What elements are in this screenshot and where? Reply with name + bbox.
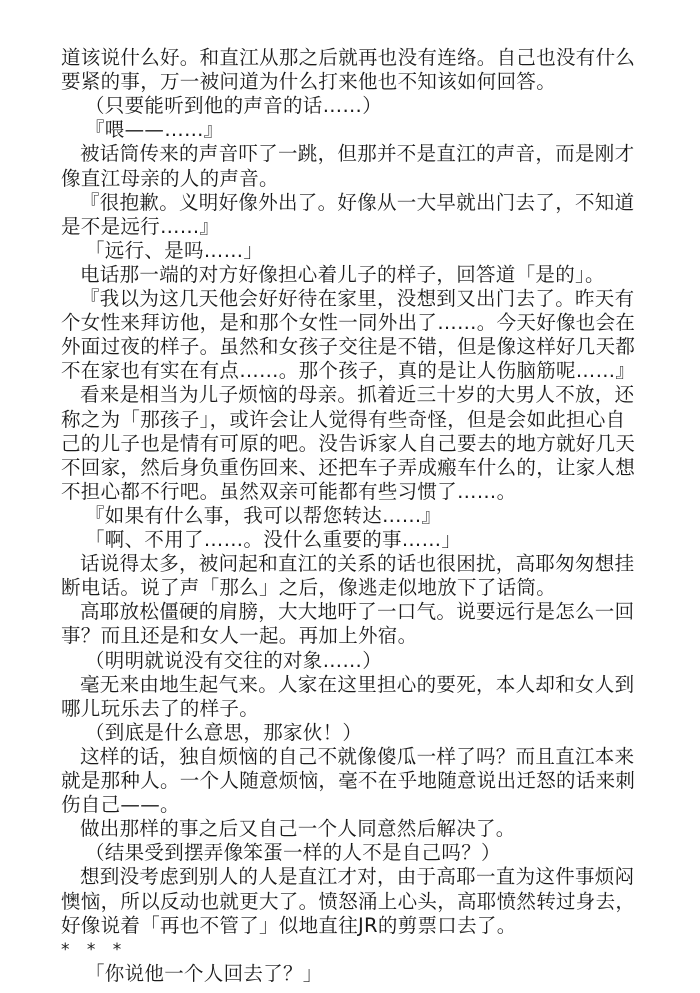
text-line: （到底是什么意思，那家伙！）: [61, 721, 665, 745]
document-page: 道该说什么好。和直江从那之后就再也没有连络。自己也没有什么 要紧的事，万一被问道…: [0, 0, 700, 993]
text-line: 称之为「那孩子」，或许会让人觉得有些奇怪，但是会如此担心自: [61, 408, 641, 432]
text-line: 被话筒传来的声音吓了一跳，但那并不是直江的声音，而是刚才: [61, 142, 660, 166]
text-line: 『我以为这几天他会好好待在家里，没想到又出门去了。昨天有: [61, 287, 660, 311]
text-line: 事？而且还是和女人一起。再加上外宿。: [61, 624, 641, 648]
text-line: 伤自己——。: [61, 793, 641, 817]
text-line: 看来是相当为儿子烦恼的母亲。抓着近三十岁的大男人不放，还: [61, 383, 660, 407]
text-line: 『很抱歉。义明好像外出了。好像从一大早就出门去了，不知道: [61, 191, 660, 215]
text-line: 做出那样的事之后又自己一个人同意然后解决了。: [61, 817, 660, 841]
text-line: 『喂——……』: [61, 118, 665, 142]
text-line: 「远行、是吗……」: [61, 239, 665, 263]
text-line: 像直江母亲的人的声音。: [61, 167, 641, 191]
text-line: （明明就说没有交往的对象……）: [61, 649, 665, 673]
text-line: 这样的话，独自烦恼的自己不就像傻瓜一样了吗？而且直江本来: [61, 745, 660, 769]
text-line: 是不是远行……』: [61, 215, 641, 239]
text-line: 就是那种人。一个人随意烦恼，毫不在乎地随意说出迁怒的话来刺: [61, 769, 641, 793]
text-line: 好像说着「再也不管了」似地直往JR的剪票口去了。: [61, 914, 641, 938]
text-line: 「啊、不用了……。没什么重要的事……」: [61, 528, 665, 552]
text-line: 想到没考虑到别人的人是直江才对，由于高耶一直为这件事烦闷: [61, 865, 660, 889]
text-line: 话说得太多，被问起和直江的关系的话也很困扰，高耶匆匆想挂: [61, 552, 660, 576]
text-line: 要紧的事，万一被问道为什么打来他也不知该如何回答。: [61, 70, 641, 94]
text-line: 毫无来由地生起气来。人家在这里担心的要死，本人却和女人到: [61, 673, 660, 697]
text-line: 不在家也有实在有点……。那个孩子，真的是让人伤脑筋呢……』: [61, 359, 641, 383]
text-line: 电话那一端的对方好像担心着儿子的样子，回答道「是的」。: [61, 263, 660, 287]
text-line: 高耶放松僵硬的肩膀，大大地吁了一口气。说要远行是怎么一回: [61, 600, 660, 624]
text-line: 懊恼，所以反动也就更大了。愤怒涌上心头，高耶愤然转过身去，: [61, 890, 641, 914]
text-line: 哪儿玩乐去了的样子。: [61, 697, 641, 721]
text-line: （只要能听到他的声音的话……）: [61, 94, 665, 118]
text-line: 断电话。说了声「那么」之后，像逃走似地放下了话筒。: [61, 576, 641, 600]
text-line: 己的儿子也是情有可原的吧。没告诉家人自己要去的地方就好几天: [61, 432, 641, 456]
text-line: （结果受到摆弄像笨蛋一样的人不是自己吗？）: [61, 841, 665, 865]
text-line: 道该说什么好。和直江从那之后就再也没有连络。自己也没有什么: [61, 46, 641, 70]
section-separator: * * *: [61, 938, 641, 962]
text-line: 「你说他一个人回去了？」: [61, 962, 665, 986]
text-line: 不担心都不行吧。虽然双亲可能都有些习惯了……。: [61, 480, 641, 504]
text-line: 个女性来拜访他，是和那个女性一同外出了……。今天好像也会在: [61, 311, 641, 335]
text-line: 『如果有什么事，我可以帮您转达……』: [61, 504, 665, 528]
text-line: 外面过夜的样子。虽然和女孩子交往是不错，但是像这样好几天都: [61, 335, 641, 359]
text-line: 不回家，然后身负重伤回来、还把车子弄成瘢车什么的，让家人想: [61, 456, 641, 480]
